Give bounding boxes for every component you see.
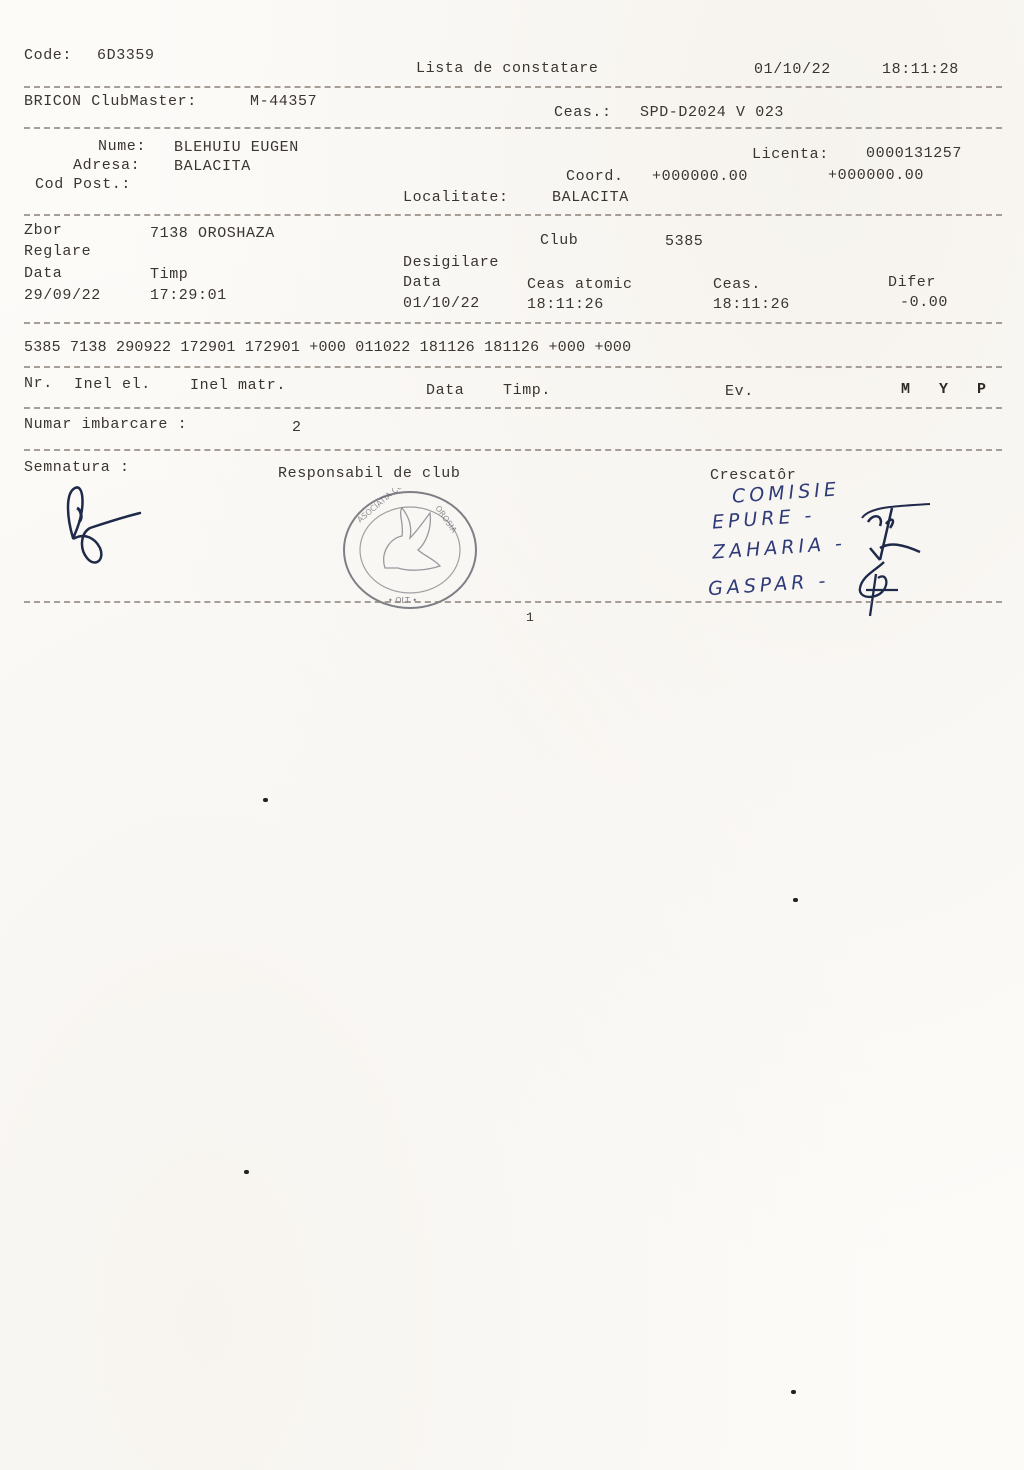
boarding-count-value: 2	[292, 419, 302, 437]
flight-value: 7138 OROSHAZA	[150, 225, 275, 243]
unsealing-section-label: Desigilare	[403, 254, 499, 272]
column-nr: Nr.	[24, 375, 53, 393]
paper-speck	[793, 898, 798, 902]
unsealing-date-label: Data	[403, 274, 441, 292]
paper-speck	[244, 1170, 249, 1174]
club-stamp-icon: ASOCIATIA COLUMB OROSIA • OLT •	[340, 488, 480, 612]
unsealing-date-value: 01/10/22	[403, 295, 480, 313]
owner-name-value: BLEHUIU EUGEN	[174, 139, 299, 157]
handwritten-name-1: EPURE -	[711, 504, 816, 533]
atomic-clock-label: Ceas atomic	[527, 276, 633, 294]
setting-date-label: Data	[24, 265, 62, 283]
code-label: Code:	[24, 47, 72, 65]
postcode-label: Cod Post.:	[35, 176, 131, 194]
divider	[24, 322, 1002, 324]
paper-speck	[263, 798, 268, 802]
page-number: 1	[526, 610, 534, 625]
clock-value: SPD-D2024 V 023	[640, 104, 784, 122]
print-time: 18:11:28	[882, 61, 959, 79]
owner-address-value: BALACITA	[174, 158, 251, 176]
divider	[24, 407, 1002, 409]
license-value: 0000131257	[866, 145, 962, 163]
column-ev: Ev.	[725, 383, 754, 401]
setting-section-label: Reglare	[24, 243, 91, 261]
difference-value: -0.00	[900, 294, 948, 312]
setting-time-value: 17:29:01	[150, 287, 227, 305]
clock-time-value: 18:11:26	[713, 296, 790, 314]
column-inel-el: Inel el.	[74, 376, 151, 394]
setting-time-label: Timp	[150, 266, 188, 284]
signature-label: Semnatura :	[24, 459, 130, 477]
clock-time-label: Ceas.	[713, 276, 761, 294]
owner-name-label: Nume:	[98, 138, 146, 156]
license-label: Licenta:	[752, 146, 829, 164]
clubmaster-label: BRICON ClubMaster:	[24, 93, 197, 111]
coord-longitude: +000000.00	[828, 167, 924, 185]
column-y: Y	[939, 381, 949, 399]
column-inel-matr: Inel matr.	[190, 377, 286, 395]
column-data: Data	[426, 382, 464, 400]
divider	[24, 449, 1002, 451]
locality-value: BALACITA	[552, 189, 629, 207]
column-p: P	[977, 381, 987, 399]
handwritten-name-2: ZAHARIA -	[711, 532, 846, 563]
encoded-record-line: 5385 7138 290922 172901 172901 +000 0110…	[24, 339, 631, 357]
owner-address-label: Adresa:	[73, 157, 140, 175]
clock-label: Ceas.:	[554, 104, 612, 122]
column-timp: Timp.	[503, 382, 551, 400]
divider	[24, 601, 1002, 603]
atomic-clock-value: 18:11:26	[527, 296, 604, 314]
print-date: 01/10/22	[754, 61, 831, 79]
setting-date-value: 29/09/22	[24, 287, 101, 305]
coord-label: Coord.	[566, 168, 624, 186]
divider	[24, 214, 1002, 216]
difference-label: Difer	[888, 274, 936, 292]
commission-signatures-icon	[840, 498, 940, 618]
handwritten-signature-icon	[55, 478, 145, 573]
divider	[24, 127, 1002, 129]
club-label: Club	[540, 232, 578, 250]
club-value: 5385	[665, 233, 703, 251]
club-responsible-label: Responsabil de club	[278, 465, 460, 483]
divider	[24, 86, 1002, 88]
flight-label: Zbor	[24, 222, 62, 240]
locality-label: Localitate:	[403, 189, 509, 207]
document-page: Code: 6D3359 Lista de constatare 01/10/2…	[0, 0, 1024, 1470]
boarding-count-label: Numar imbarcare :	[24, 416, 187, 434]
clubmaster-value: M-44357	[250, 93, 317, 111]
handwritten-name-3: GASPAR -	[707, 570, 830, 600]
code-value: 6D3359	[97, 47, 155, 65]
document-title: Lista de constatare	[416, 60, 598, 78]
paper-speck	[791, 1390, 796, 1394]
coord-latitude: +000000.00	[652, 168, 748, 186]
divider	[24, 366, 1002, 368]
column-m: M	[901, 381, 911, 399]
